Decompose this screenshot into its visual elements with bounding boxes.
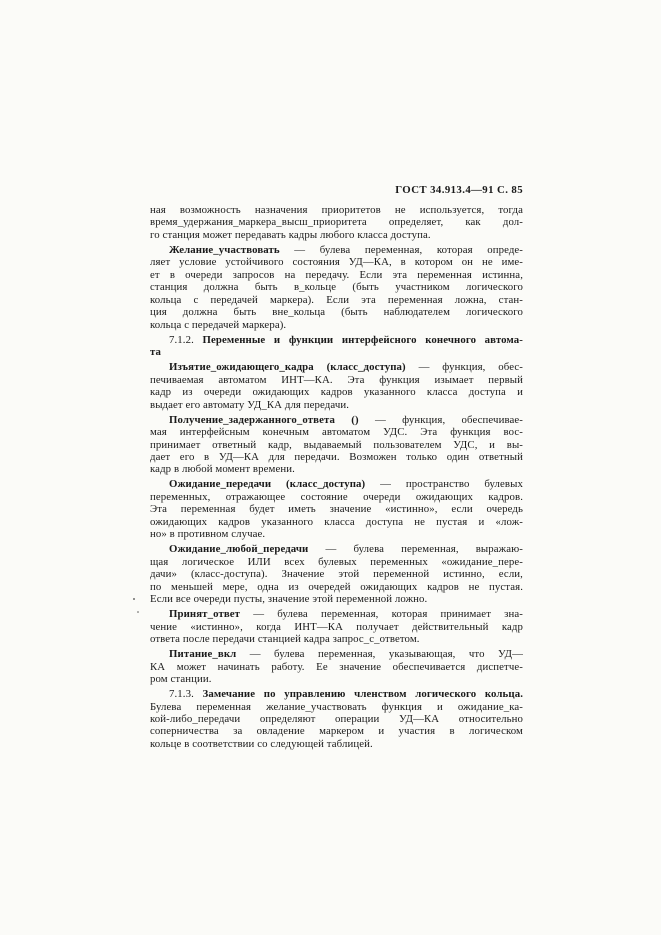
- page-header: ГОСТ 34.913.4—91 С. 85: [150, 184, 523, 196]
- paragraph: 7.1.3. Замечание по управлению членством…: [150, 688, 523, 750]
- text-line: мая интерфейсным конечным автоматом УДС.…: [150, 426, 523, 438]
- text-run: 7.1.3.: [169, 688, 203, 700]
- text-run: — булева переменная, которая опреде-: [280, 244, 523, 256]
- term-bold: та: [150, 346, 161, 358]
- text-line: КА может начинать работу. Ее значение об…: [150, 661, 523, 673]
- text-line: кой-либо_передачи определяют операции УД…: [150, 713, 523, 725]
- text-line: Получение_задержанного_ответа () — функц…: [150, 414, 523, 426]
- text-line: кольца с передачей маркера). Если эта пе…: [150, 294, 523, 306]
- text-line: 7.1.3. Замечание по управлению членством…: [150, 688, 523, 700]
- paragraph: Питание_вкл — булева переменная, указыва…: [150, 648, 523, 685]
- text-line: Ожидание_любой_передачи — булева перемен…: [150, 543, 523, 555]
- term-bold: Изъятие_ожидающего_кадра (класс_доступа): [169, 361, 406, 373]
- text-run: ляет условие устойчивого состояния УД—КА…: [150, 256, 523, 268]
- text-line: но» в противном случае.: [150, 528, 523, 540]
- text-line: печиваемая автоматом ИНТ—КА. Эта функция…: [150, 374, 523, 386]
- text-run: — функция, обес-: [406, 361, 523, 373]
- text-run: кой-либо_передачи определяют операции УД…: [150, 713, 523, 725]
- text-run: принимает ответный кадр, выдаваемый поль…: [150, 439, 523, 451]
- text-run: го станция может передавать кадры любого…: [150, 229, 431, 241]
- text-line: дачи» (класс-доступа). Значение этой пер…: [150, 568, 523, 580]
- term-bold: Замечание по управлению членством логиче…: [203, 688, 523, 700]
- text-line: ет в очереди запросов на передачу. Если …: [150, 269, 523, 281]
- text-run: ция должна быть вне_кольца (быть наблюда…: [150, 306, 523, 318]
- text-line: Ожидание_передачи (класс_доступа) — прос…: [150, 478, 523, 490]
- text-run: ожидающих кадров указанного класса досту…: [150, 516, 523, 528]
- text-line: соперничества за овладение маркером и уч…: [150, 725, 523, 737]
- text-run: мая интерфейсным конечным автоматом УДС.…: [150, 426, 523, 438]
- paragraph: Ожидание_любой_передачи — булева перемен…: [150, 543, 523, 605]
- document-page: ГОСТ 34.913.4—91 С. 85 ная возможность н…: [0, 0, 661, 935]
- text-run: кольца с передачей маркера).: [150, 319, 286, 331]
- text-run: выдает его автомату УД_КА для передачи.: [150, 399, 349, 411]
- text-run: щая логическое ИЛИ всех булевых переменн…: [150, 556, 523, 568]
- text-run: ет в очереди запросов на передачу. Если …: [150, 269, 523, 281]
- text-run: ная возможность назначения приоритетов н…: [150, 204, 523, 216]
- text-line: Булева переменная желание_участвовать фу…: [150, 701, 523, 713]
- paragraph: 7.1.2. Переменные и функции интерфейсног…: [150, 334, 523, 359]
- text-line: Если все очереди пусты, значение этой пе…: [150, 593, 523, 605]
- text-line: ная возможность назначения приоритетов н…: [150, 204, 523, 216]
- text-run: ответа после передачи станцией кадра зап…: [150, 633, 420, 645]
- text-run: соперничества за овладение маркером и уч…: [150, 725, 523, 737]
- paragraph: Ожидание_передачи (класс_доступа) — прос…: [150, 478, 523, 540]
- text-line: Желание_участвовать — булева переменная,…: [150, 244, 523, 256]
- text-line: кадр в любой момент времени.: [150, 463, 523, 475]
- text-run: Эта переменная будет иметь значение «ист…: [150, 503, 523, 515]
- text-line: го станция может передавать кадры любого…: [150, 229, 523, 241]
- text-run: — булева переменная, которая принимает з…: [240, 608, 523, 620]
- paragraph: Изъятие_ожидающего_кадра (класс_доступа)…: [150, 361, 523, 411]
- scan-artifact-dot: [137, 611, 139, 613]
- text-line: чение «истинно», когда ИНТ—КА получает д…: [150, 621, 523, 633]
- text-line: Изъятие_ожидающего_кадра (класс_доступа)…: [150, 361, 523, 373]
- text-line: кольца с передачей маркера).: [150, 319, 523, 331]
- text-line: щая логическое ИЛИ всех булевых переменн…: [150, 556, 523, 568]
- text-line: кольце в соответствии со следующей табли…: [150, 738, 523, 750]
- text-line: та: [150, 346, 523, 358]
- text-line: Питание_вкл — булева переменная, указыва…: [150, 648, 523, 660]
- text-run: 7.1.2.: [169, 334, 203, 346]
- text-line: выдает его автомату УД_КА для передачи.: [150, 399, 523, 411]
- scan-artifact-dot: [133, 598, 135, 600]
- paragraph: Получение_задержанного_ответа () — функц…: [150, 414, 523, 476]
- text-line: ляет условие устойчивого состояния УД—КА…: [150, 256, 523, 268]
- text-run: — булева переменная, указывающая, что УД…: [236, 648, 523, 660]
- text-line: ответа после передачи станцией кадра зап…: [150, 633, 523, 645]
- text-line: станция должна быть в_кольце (быть участ…: [150, 281, 523, 293]
- text-run: кадр в любой момент времени.: [150, 463, 295, 475]
- text-run: кольца с передачей маркера). Если эта пе…: [150, 294, 523, 306]
- term-bold: Получение_задержанного_ответа (): [169, 414, 359, 426]
- text-line: ром станции.: [150, 673, 523, 685]
- text-run: кадр из очереди ожидающих кадров указанн…: [150, 386, 523, 398]
- text-run: Булева переменная желание_участвовать фу…: [150, 701, 523, 713]
- term-bold: Желание_участвовать: [169, 244, 280, 256]
- text-run: печиваемая автоматом ИНТ—КА. Эта функция…: [150, 374, 523, 386]
- text-run: переменных, отражающее состояние очереди…: [150, 491, 523, 503]
- term-bold: Переменные и функции интерфейсного конеч…: [203, 334, 523, 346]
- text-run: время_удержания_маркера_высш_приоритета …: [150, 216, 523, 228]
- paragraph: ная возможность назначения приоритетов н…: [150, 204, 523, 241]
- text-run: — булева переменная, выражаю-: [308, 543, 523, 555]
- text-line: Эта переменная будет иметь значение «ист…: [150, 503, 523, 515]
- text-line: принимает ответный кадр, выдаваемый поль…: [150, 439, 523, 451]
- text-run: дачи» (класс-доступа). Значение этой пер…: [150, 568, 523, 580]
- text-line: время_удержания_маркера_высш_приоритета …: [150, 216, 523, 228]
- text-run: дает его в УД—КА для передачи. Возможен …: [150, 451, 523, 463]
- term-bold: Ожидание_любой_передачи: [169, 543, 308, 555]
- term-bold: Ожидание_передачи (класс_доступа): [169, 478, 365, 490]
- term-bold: Питание_вкл: [169, 648, 236, 660]
- text-run: КА может начинать работу. Ее значение об…: [150, 661, 523, 673]
- text-run: ром станции.: [150, 673, 212, 685]
- text-run: — пространство булевых: [365, 478, 523, 490]
- text-line: кадр из очереди ожидающих кадров указанн…: [150, 386, 523, 398]
- text-line: ожидающих кадров указанного класса досту…: [150, 516, 523, 528]
- text-block: ная возможность назначения приоритетов н…: [150, 204, 523, 750]
- text-line: ция должна быть вне_кольца (быть наблюда…: [150, 306, 523, 318]
- text-line: Принят_ответ — булева переменная, котора…: [150, 608, 523, 620]
- term-bold: Принят_ответ: [169, 608, 240, 620]
- paragraph: Желание_участвовать — булева переменная,…: [150, 244, 523, 331]
- text-line: по меньшей мере, одна из очередей ожидаю…: [150, 581, 523, 593]
- text-run: но» в противном случае.: [150, 528, 265, 540]
- paragraph: Принят_ответ — булева переменная, котора…: [150, 608, 523, 645]
- text-run: Если все очереди пусты, значение этой пе…: [150, 593, 427, 605]
- text-line: 7.1.2. Переменные и функции интерфейсног…: [150, 334, 523, 346]
- text-run: чение «истинно», когда ИНТ—КА получает д…: [150, 621, 523, 633]
- text-run: станция должна быть в_кольце (быть участ…: [150, 281, 523, 293]
- text-line: дает его в УД—КА для передачи. Возможен …: [150, 451, 523, 463]
- text-line: переменных, отражающее состояние очереди…: [150, 491, 523, 503]
- text-run: — функция, обеспечивае-: [359, 414, 523, 426]
- text-run: по меньшей мере, одна из очередей ожидаю…: [150, 581, 523, 593]
- text-run: кольце в соответствии со следующей табли…: [150, 738, 373, 750]
